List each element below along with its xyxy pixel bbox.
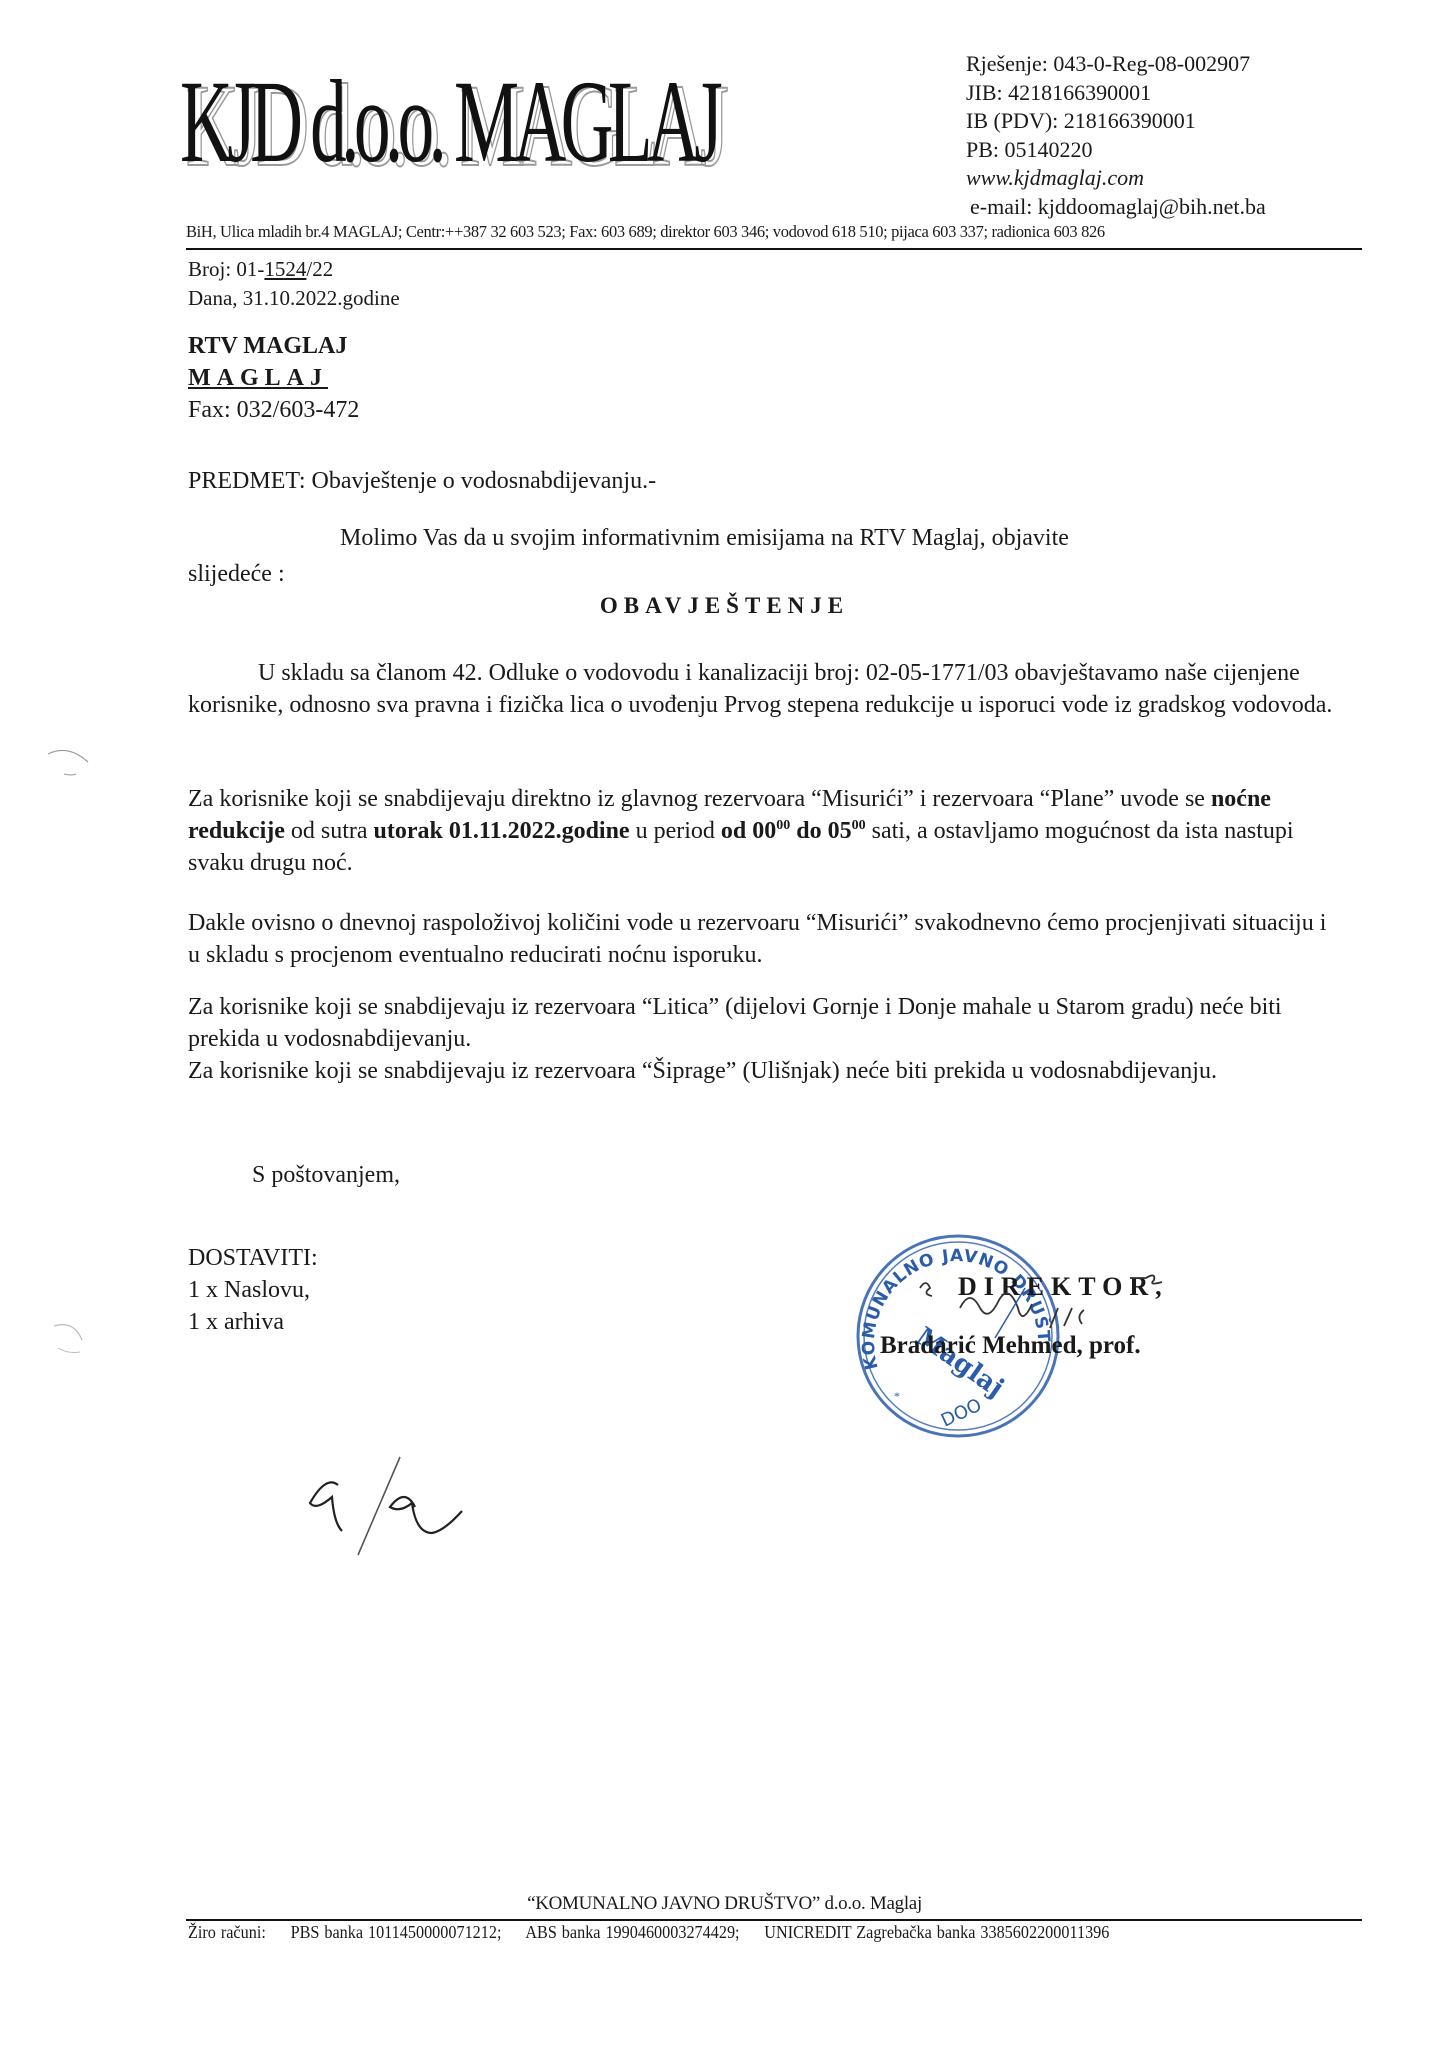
paragraph-litica: Za korisnike koji se snabdijevaju iz rez… <box>188 991 1343 1055</box>
recipient-city: MAGLAJ <box>188 365 328 391</box>
intro-line-2: slijedeće : <box>188 556 1328 592</box>
bank-account: ABS banka 1990460003274429; <box>525 1922 739 1942</box>
bank-accounts: Žiro računi: PBS banka 1011450000071212;… <box>188 1922 1109 1943</box>
header-divider <box>186 248 1362 250</box>
period-end-minutes: 00 <box>852 818 866 833</box>
paragraph-1-text: U skladu sa članom 42. Odluke o vodovodu… <box>188 660 1332 718</box>
reference-number-value: 1524 <box>264 257 306 281</box>
distribution-heading: DOSTAVITI: <box>188 1242 318 1274</box>
registration-number: Rješenje: 043-0-Reg-08-002907 <box>966 50 1266 79</box>
p2-text-2: od sutra <box>285 818 374 844</box>
period-start: od 00 <box>721 818 776 844</box>
website-link[interactable]: www.kjdmaglaj.com <box>966 164 1266 193</box>
subject-line: PREDMET: Obavještenje o vodosnabdijevanj… <box>188 468 656 495</box>
closing-salutation: S poštovanjem, <box>252 1162 400 1189</box>
recipient-block: RTV MAGLAJ MAGLAJ Fax: 032/603-472 <box>188 330 359 426</box>
handwritten-signature <box>900 1268 1180 1368</box>
paragraph-siprage: Za korisnike koji se snabdijevaju iz rez… <box>188 1055 1343 1087</box>
company-logo: KJD d.o.o. MAGLAJ KJD d.o.o. MAGLAJ <box>180 52 560 192</box>
logo-text: KJD d.o.o. MAGLAJ <box>180 52 717 192</box>
intro-text: Molimo Vas da u svojim informativnim emi… <box>188 520 1328 592</box>
p2-bold-period: od 0000 do 0500 <box>721 818 866 844</box>
paragraph-daily-assessment: Dakle ovisno o dnevnoj raspoloživoj koli… <box>188 907 1343 971</box>
registration-info: Rješenje: 043-0-Reg-08-002907 JIB: 42181… <box>966 50 1266 221</box>
intro-line-1: Molimo Vas da u svojim informativnim emi… <box>340 525 1069 551</box>
footer-company-name: “KOMUNALNO JAVNO DRUŠTVO” d.o.o. Maglaj <box>0 1893 1449 1915</box>
distribution-list: DOSTAVITI: 1 x Naslovu, 1 x arhiva <box>188 1242 318 1338</box>
stamp-bottom-text: DOO <box>938 1395 985 1432</box>
recipient-name: RTV MAGLAJ <box>188 330 359 362</box>
distribution-item: 1 x arhiva <box>188 1306 318 1338</box>
jib-number: JIB: 4218166390001 <box>966 79 1266 108</box>
notice-title: OBAVJEŠTENJE <box>0 593 1449 619</box>
reference-number: Broj: 01-1524/22 <box>188 255 400 284</box>
document-date: Dana, 31.10.2022.godine <box>188 284 400 313</box>
pb-number: PB: 05140220 <box>966 136 1266 165</box>
period-start-minutes: 00 <box>776 818 790 833</box>
footer-divider <box>186 1919 1362 1921</box>
punch-hole-mark <box>44 1318 94 1358</box>
p2-bold-date: utorak 01.11.2022.godine <box>374 818 630 844</box>
svg-text:*: * <box>894 1389 900 1403</box>
paragraph-night-reduction: Za korisnike koji se snabdijevaju direkt… <box>188 783 1343 879</box>
address-contacts: BiH, Ulica mladih br.4 MAGLAJ; Centr:++3… <box>186 222 1105 242</box>
bank-accounts-label: Žiro računi: <box>188 1922 266 1942</box>
reference-prefix: Broj: 01- <box>188 257 264 281</box>
email-link[interactable]: e-mail: kjddoomaglaj@bih.net.ba <box>966 193 1266 222</box>
recipient-fax: Fax: 032/603-472 <box>188 394 359 426</box>
document-reference: Broj: 01-1524/22 Dana, 31.10.2022.godine <box>188 255 400 313</box>
distribution-item: 1 x Naslovu, <box>188 1274 318 1306</box>
period-end: do 05 <box>790 818 851 844</box>
reference-suffix: /22 <box>306 257 333 281</box>
bank-account: PBS banka 1011450000071212; <box>291 1922 502 1942</box>
punch-hole-mark <box>44 742 94 782</box>
p2-text-3: u period <box>630 818 721 844</box>
handwritten-initials <box>300 1455 480 1575</box>
vat-number: IB (PDV): 218166390001 <box>966 107 1266 136</box>
paragraph-legal-basis: U skladu sa članom 42. Odluke o vodovodu… <box>188 657 1343 721</box>
p2-text-1: Za korisnike koji se snabdijevaju direkt… <box>188 786 1211 812</box>
bank-account: UNICREDIT Zagrebačka banka 3385602200011… <box>764 1922 1109 1942</box>
